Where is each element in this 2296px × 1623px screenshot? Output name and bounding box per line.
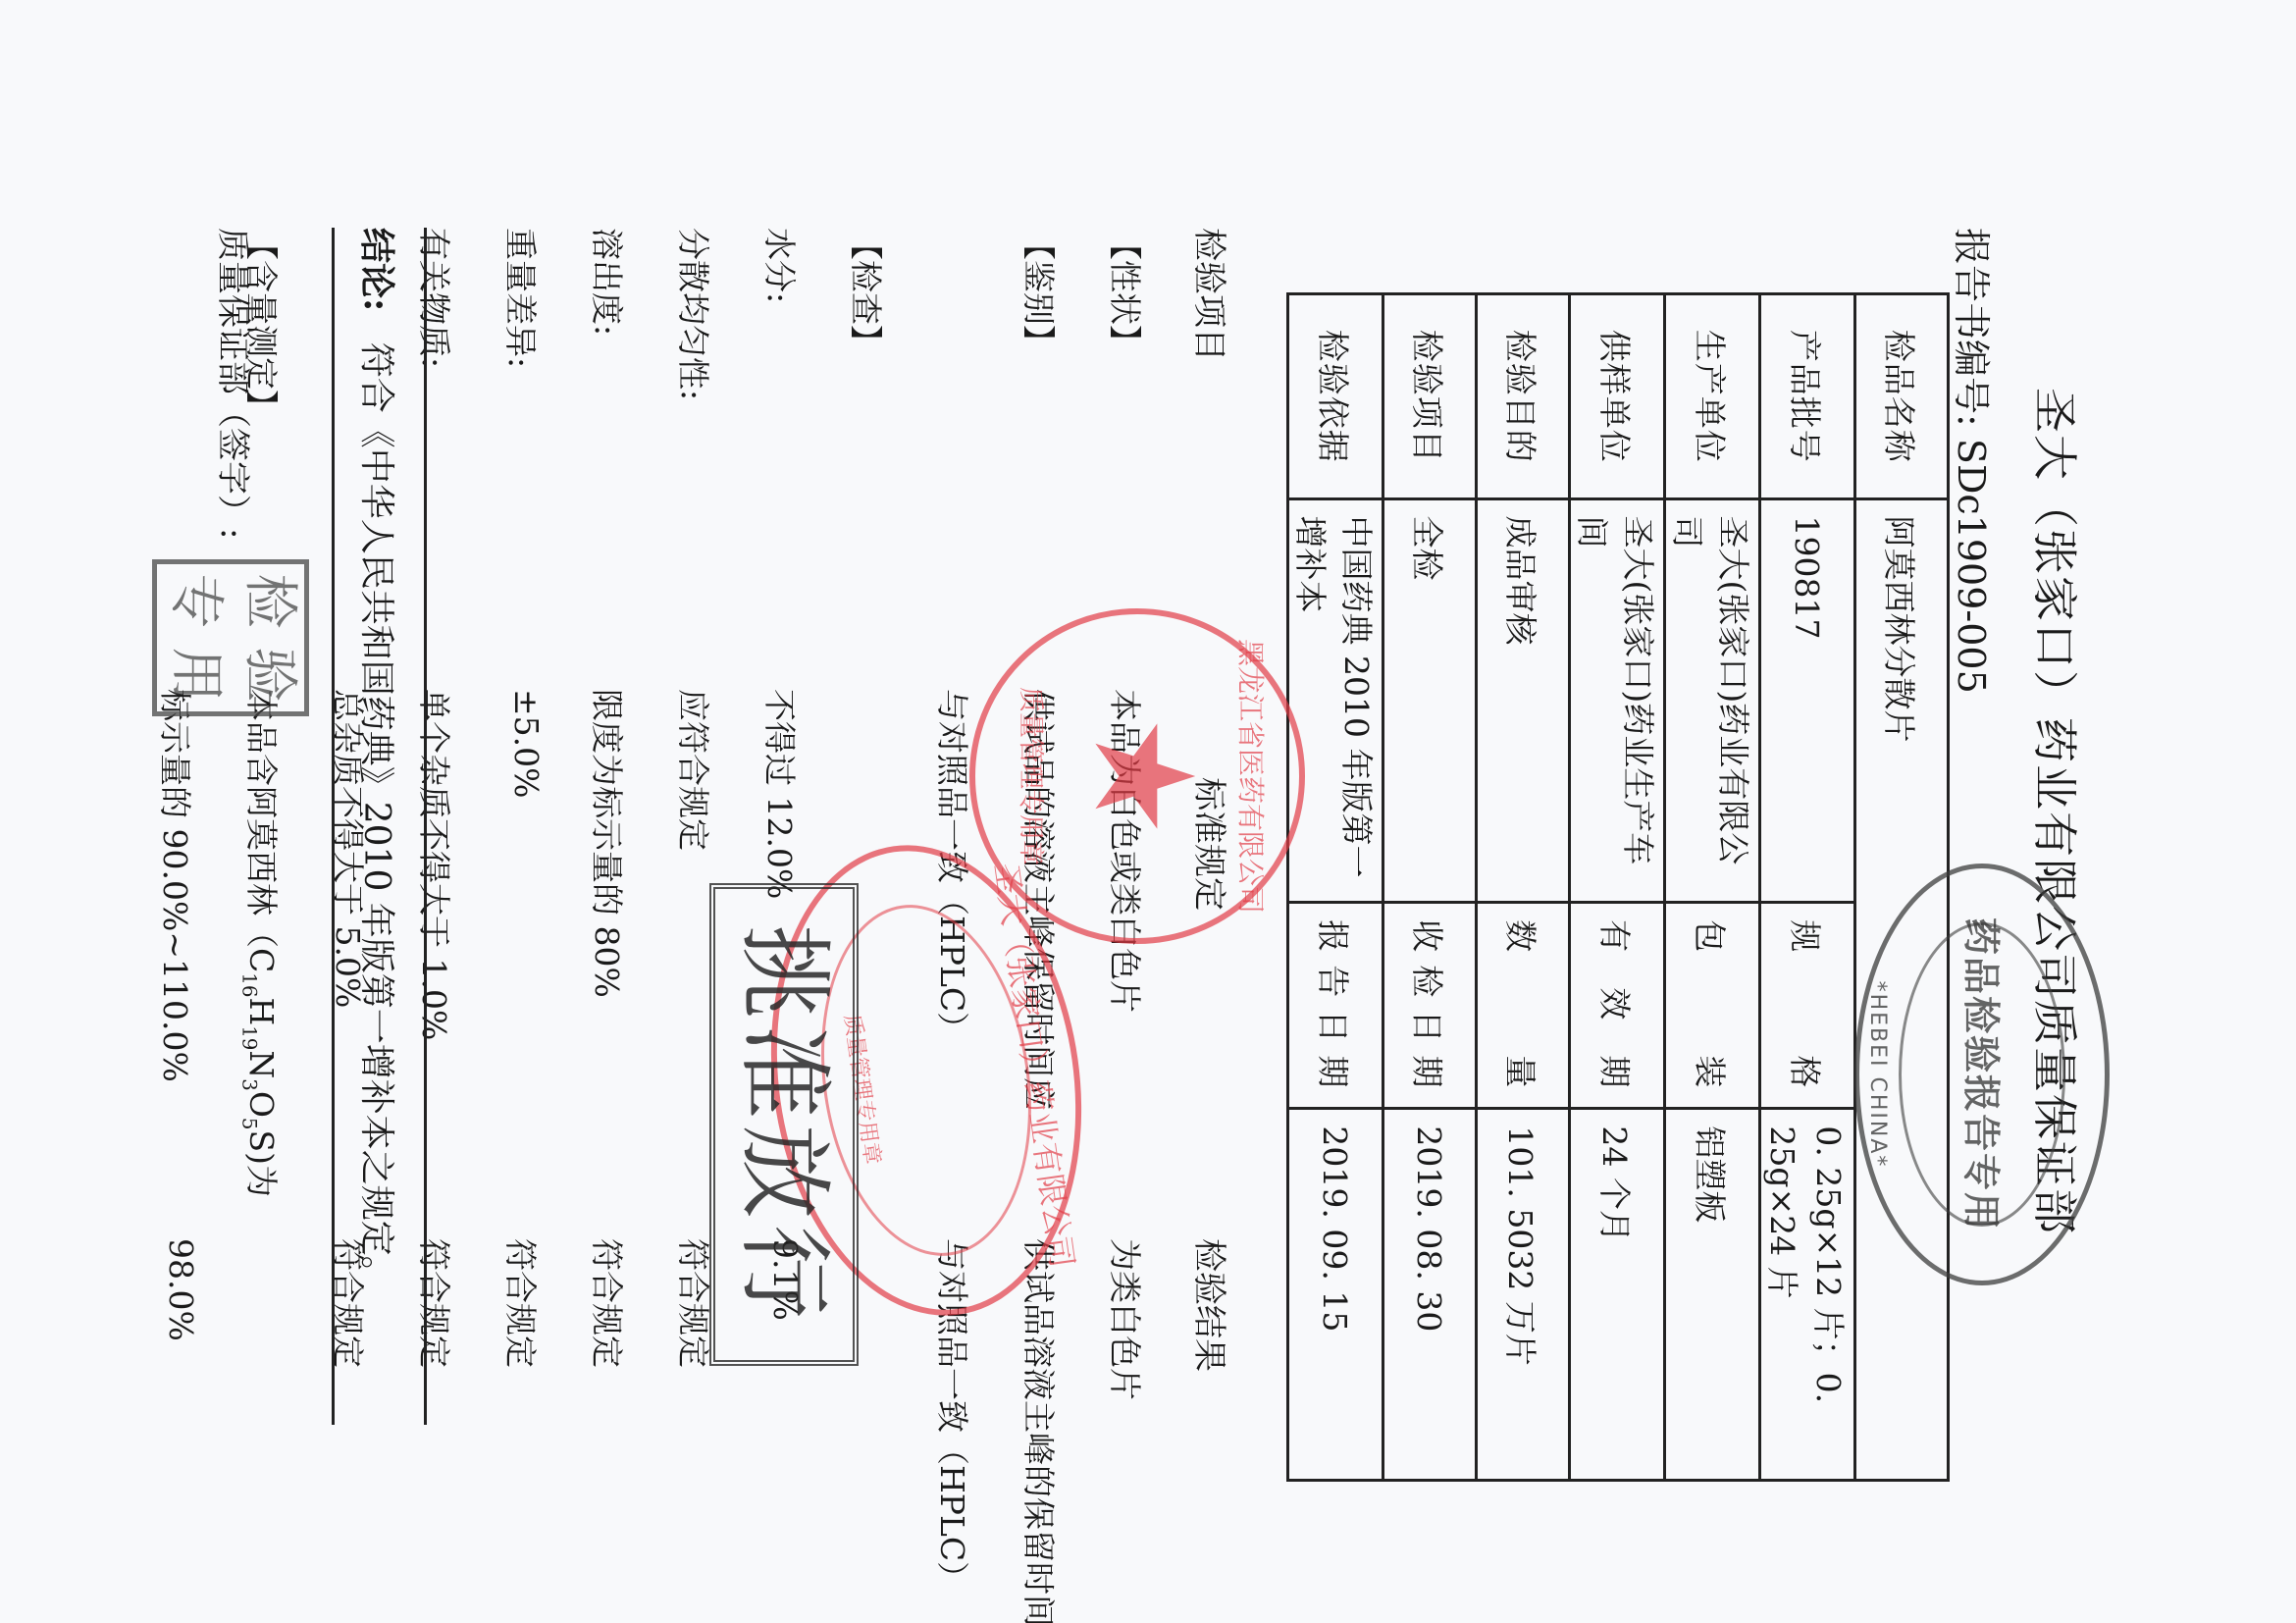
info-value: 24 个月 <box>1570 1109 1665 1481</box>
document-title: 圣大（张家口）药业有限公司质量保证部 <box>2025 0 2090 1623</box>
test-item: 重量差异: <box>499 228 546 368</box>
table-row: 检验依据中国药典 2010 年版第一增补本报告日期2019. 09. 15 <box>1288 294 1383 1481</box>
seal-glyph: 专 <box>157 564 231 638</box>
info-value: 2019. 09. 15 <box>1288 1109 1383 1481</box>
info-label: 有效期 <box>1570 903 1665 1109</box>
conclusion-text: 符合《中华人民共和国药典》2010 年版第一增补本之规定。 <box>356 342 396 1291</box>
test-item: 水分: <box>758 228 805 303</box>
info-label: 检验目的 <box>1477 294 1570 499</box>
test-result: 与对照品一致（HPLC） <box>931 1238 977 1594</box>
test-standard: 本品为白色或类白色片 <box>1104 689 1150 1013</box>
test-standard: 与对照品一致（HPLC） <box>931 689 977 1044</box>
info-value: 中国药典 2010 年版第一增补本 <box>1288 498 1383 903</box>
test-standard: 本品含阿莫西林（C16H19N3O5S)为 <box>237 689 287 1197</box>
report-number: 报告书编号: SDc1909-005 <box>1948 228 2002 694</box>
stamp-bottom-text: 质量管理专用章 <box>816 859 911 1320</box>
info-label: 生产单位 <box>1665 294 1760 499</box>
info-value: 成品审核 <box>1477 498 1570 903</box>
test-result: 检验结果 <box>1188 1238 1236 1372</box>
test-result: 符合规定 <box>586 1238 632 1368</box>
info-label: 检验依据 <box>1288 294 1383 499</box>
test-result: 符合规定 <box>499 1238 546 1368</box>
test-item: 分散均匀性: <box>672 228 718 400</box>
table-row: 检品名称 阿莫西林分散片 <box>1855 294 1949 1481</box>
test-result: 为类白色片 <box>1104 1238 1150 1400</box>
info-value: 圣大(张家口)药业有限公司 <box>1665 498 1760 903</box>
table-row: 供样单位圣大(张家口)药业生产车间有效期24 个月 <box>1570 294 1665 1481</box>
signature-line: 质量保证部（签字）: <box>212 228 260 539</box>
test-item: 【性状】 <box>1104 228 1150 357</box>
test-item: 检验项目 <box>1188 228 1236 361</box>
test-standard: ±5.0% <box>507 689 546 799</box>
product-name-label: 检品名称 <box>1855 294 1949 499</box>
conclusion-label: 结论: <box>356 228 397 311</box>
info-value: 0. 25g×12 片；0. 25g×24 片 <box>1760 1109 1855 1481</box>
info-label: 报告日期 <box>1288 903 1383 1109</box>
test-item: 【检查】 <box>845 228 891 357</box>
test-standard: 标准规定 <box>1188 777 1236 911</box>
seal-text: 药品检验报告专用 <box>1957 868 2011 1281</box>
product-name-value: 阿莫西林分散片 <box>1855 498 1949 1481</box>
test-standard: 限度为标示量的 80% <box>586 689 632 998</box>
test-item: 溶出度: <box>586 228 632 336</box>
test-result: 98.0% <box>162 1238 200 1341</box>
report-number-label: 报告书编号: <box>1950 228 1993 427</box>
conclusion: 结论: 符合《中华人民共和国药典》2010 年版第一增补本之规定。 <box>332 228 427 1425</box>
info-value: 铝塑板 <box>1665 1109 1760 1481</box>
table-row: 检验项目全检收检日期2019. 08. 30 <box>1383 294 1477 1481</box>
table-row: 检验目的成品审核数量101. 5032 万片 <box>1477 294 1570 1481</box>
test-result: 9.1% <box>766 1238 805 1321</box>
test-result: 符合规定 <box>672 1238 718 1368</box>
info-label: 规格 <box>1760 903 1855 1109</box>
test-item: 【鉴别】 <box>1018 228 1064 357</box>
stamp-top-text: 黑龙江省医药有限公司 <box>1232 614 1272 938</box>
test-standard: 供试品的溶液主峰保留时间应 <box>1018 689 1064 1110</box>
test-result: 供试品溶液主峰的保留时间 <box>1018 1238 1064 1623</box>
info-value: 101. 5032 万片 <box>1477 1109 1570 1481</box>
table-row: 生产单位圣大(张家口)药业有限公司包装铝塑板 <box>1665 294 1760 1481</box>
info-label: 包装 <box>1665 903 1760 1109</box>
seal-glyph: 检 <box>231 564 304 638</box>
test-standard: 不得过 12.0% <box>758 689 805 899</box>
info-label: 数量 <box>1477 903 1570 1109</box>
quality-report-page: 圣大（张家口）药业有限公司质量保证部 报告书编号: SDc1909-005 检品… <box>0 0 2296 1623</box>
info-label: 收检日期 <box>1383 903 1477 1109</box>
product-info-table: 检品名称 阿莫西林分散片 产品批号190817规格0. 25g×12 片；0. … <box>1286 292 1950 1482</box>
stamp-inner-ring <box>800 891 1053 1270</box>
info-value: 190817 <box>1760 498 1855 903</box>
report-number-value: SDc1909-005 <box>1950 439 1993 694</box>
info-label: 检验项目 <box>1383 294 1477 499</box>
info-value: 圣大(张家口)药业生产车间 <box>1570 498 1665 903</box>
table-row: 产品批号190817规格0. 25g×12 片；0. 25g×24 片 <box>1760 294 1855 1481</box>
info-value: 2019. 08. 30 <box>1383 1109 1477 1481</box>
info-label: 产品批号 <box>1760 294 1855 499</box>
info-value: 全检 <box>1383 498 1477 903</box>
test-standard: 标示量的 90.0%~110.0% <box>154 689 200 1082</box>
test-standard: 应符合规定 <box>672 689 718 851</box>
info-label: 供样单位 <box>1570 294 1665 499</box>
